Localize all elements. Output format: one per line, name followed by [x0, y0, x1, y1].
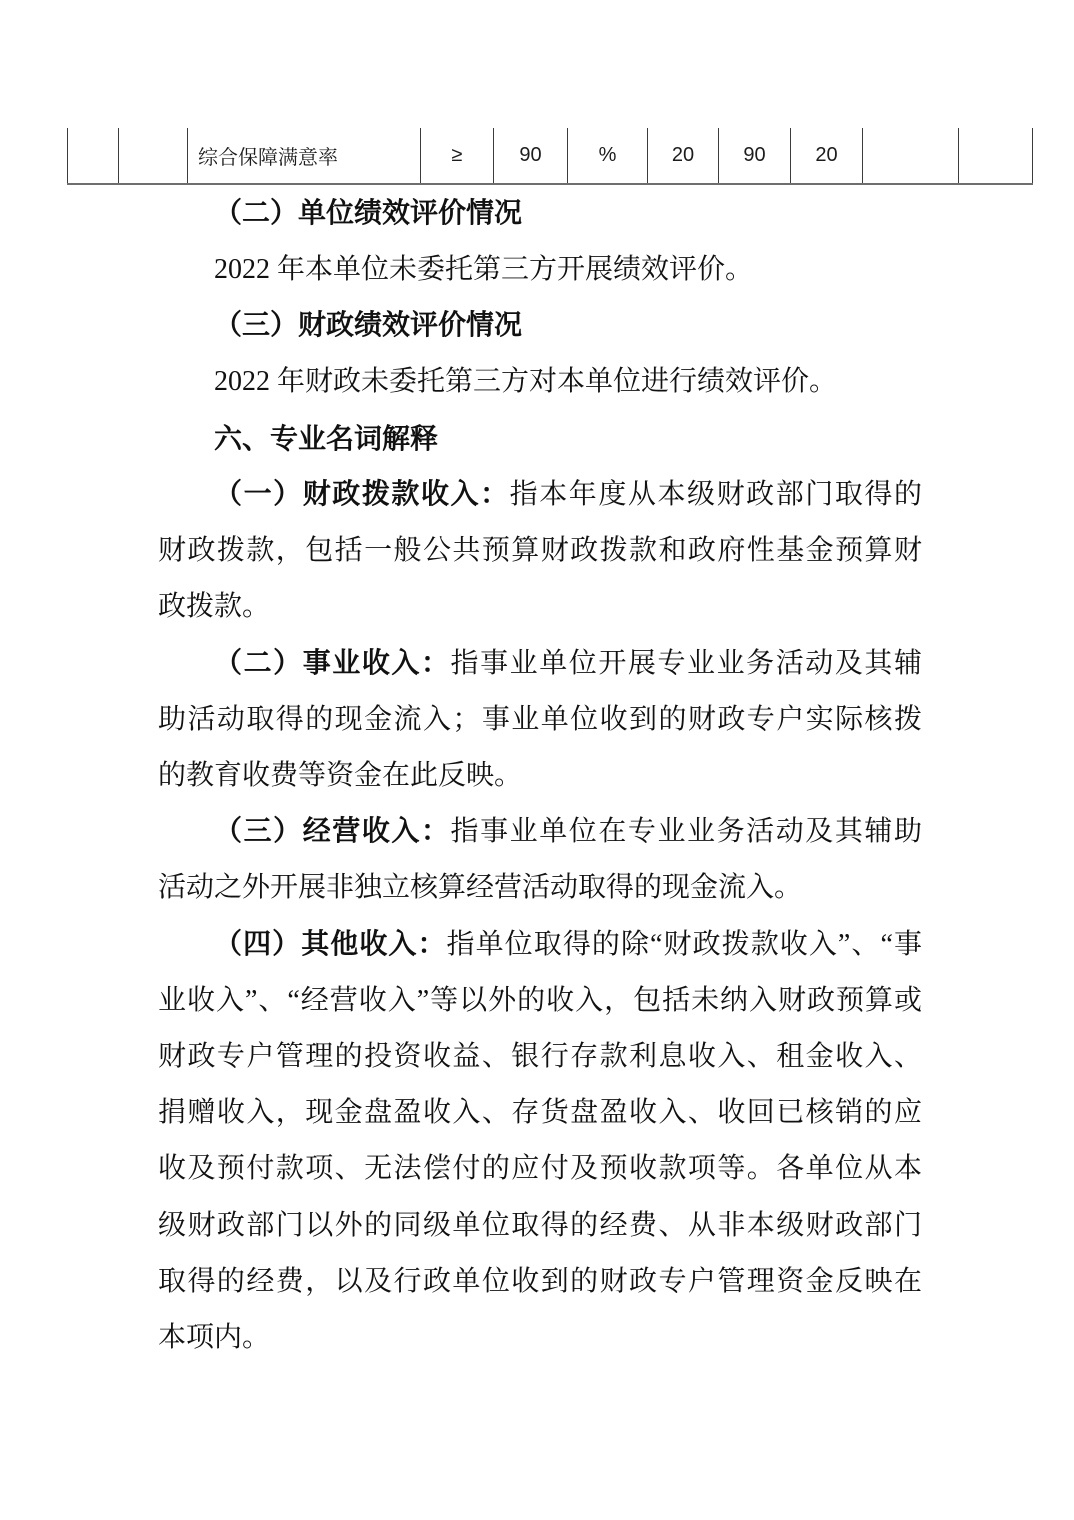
definition-term: （二）事业收入： [214, 648, 451, 679]
definition-text: 指单位取得的除“财政拨款收入”、“事 [447, 929, 922, 960]
definition-other-revenue-line: 级财政部门以外的同级单位取得的经费、从非本级财政部门 [158, 1198, 922, 1254]
table-cell-score: 20 [790, 128, 862, 183]
definition-other-revenue-line: 取得的经费，以及行政单位收到的财政专户管理资金反映在 [158, 1254, 922, 1310]
table-cell-indicator-name: 综合保障满意率 [187, 128, 420, 183]
definition-other-revenue-line: 捐赠收入，现金盘盈收入、存货盘盈收入、收回已核销的应 [158, 1085, 922, 1141]
table-cell [118, 128, 187, 183]
definition-other-revenue-line: 财政专户管理的投资收益、银行存款利息收入、租金收入、 [158, 1029, 922, 1085]
definition-operational-revenue-line: （二）事业收入：指事业单位开展专业业务活动及其辅 [158, 636, 922, 692]
table-cell [958, 128, 1033, 183]
performance-indicator-table: 综合保障满意率 ≥ 90 % 20 90 20 [67, 128, 1033, 185]
paragraph-fiscal-evaluation: 2022 年财政未委托第三方对本单位进行绩效评价。 [158, 354, 922, 410]
definition-operational-revenue-line: 助活动取得的现金流入；事业单位收到的财政专户实际核拨 [158, 692, 922, 748]
paragraph-unit-evaluation: 2022 年本单位未委托第三方开展绩效评价。 [158, 242, 922, 298]
section-title-terminology: 六、专业名词解释 [158, 411, 922, 467]
definition-business-revenue-line: 活动之外开展非独立核算经营活动取得的现金流入。 [158, 860, 922, 916]
definition-other-revenue-line: 业收入”、“经营收入”等以外的收入，包括未纳入财政预算或 [158, 973, 922, 1029]
heading-fiscal-performance-evaluation: （三）财政绩效评价情况 [158, 298, 922, 354]
table-cell-unit: % [567, 128, 647, 183]
table-cell-operator: ≥ [420, 128, 493, 183]
definition-term: （三）经营收入： [214, 816, 451, 847]
definition-other-revenue-line: 本项内。 [158, 1310, 922, 1366]
table-cell [862, 128, 958, 183]
table-cell-actual-value: 90 [718, 128, 790, 183]
table-cell-target-value: 90 [493, 128, 567, 183]
definition-term: （四）其他收入： [214, 929, 447, 960]
definition-fiscal-appropriation-line: 政拨款。 [158, 579, 922, 635]
definition-fiscal-appropriation-line: 财政拨款，包括一般公共预算财政拨款和政府性基金预算财 [158, 523, 922, 579]
definition-operational-revenue-line: 的教育收费等资金在此反映。 [158, 748, 922, 804]
definition-text: 指事业单位在专业业务活动及其辅助 [451, 816, 922, 847]
definition-text: 指本年度从本级财政部门取得的 [510, 479, 922, 510]
document-page: 综合保障满意率 ≥ 90 % 20 90 20 （二）单位绩效评价情况 2022… [0, 0, 1074, 1520]
definition-business-revenue-line: （三）经营收入：指事业单位在专业业务活动及其辅助 [158, 804, 922, 860]
definition-other-revenue-line: （四）其他收入：指单位取得的除“财政拨款收入”、“事 [158, 917, 922, 973]
table-cell-weight: 20 [647, 128, 718, 183]
table-cell [67, 128, 118, 183]
definition-term: （一）财政拨款收入： [214, 479, 510, 510]
definition-other-revenue-line: 收及预付款项、无法偿付的应付及预收款项等。各单位从本 [158, 1141, 922, 1197]
heading-unit-performance-evaluation: （二）单位绩效评价情况 [158, 186, 922, 242]
definition-text: 指事业单位开展专业业务活动及其辅 [451, 648, 922, 679]
definition-fiscal-appropriation-line: （一）财政拨款收入：指本年度从本级财政部门取得的 [158, 467, 922, 523]
